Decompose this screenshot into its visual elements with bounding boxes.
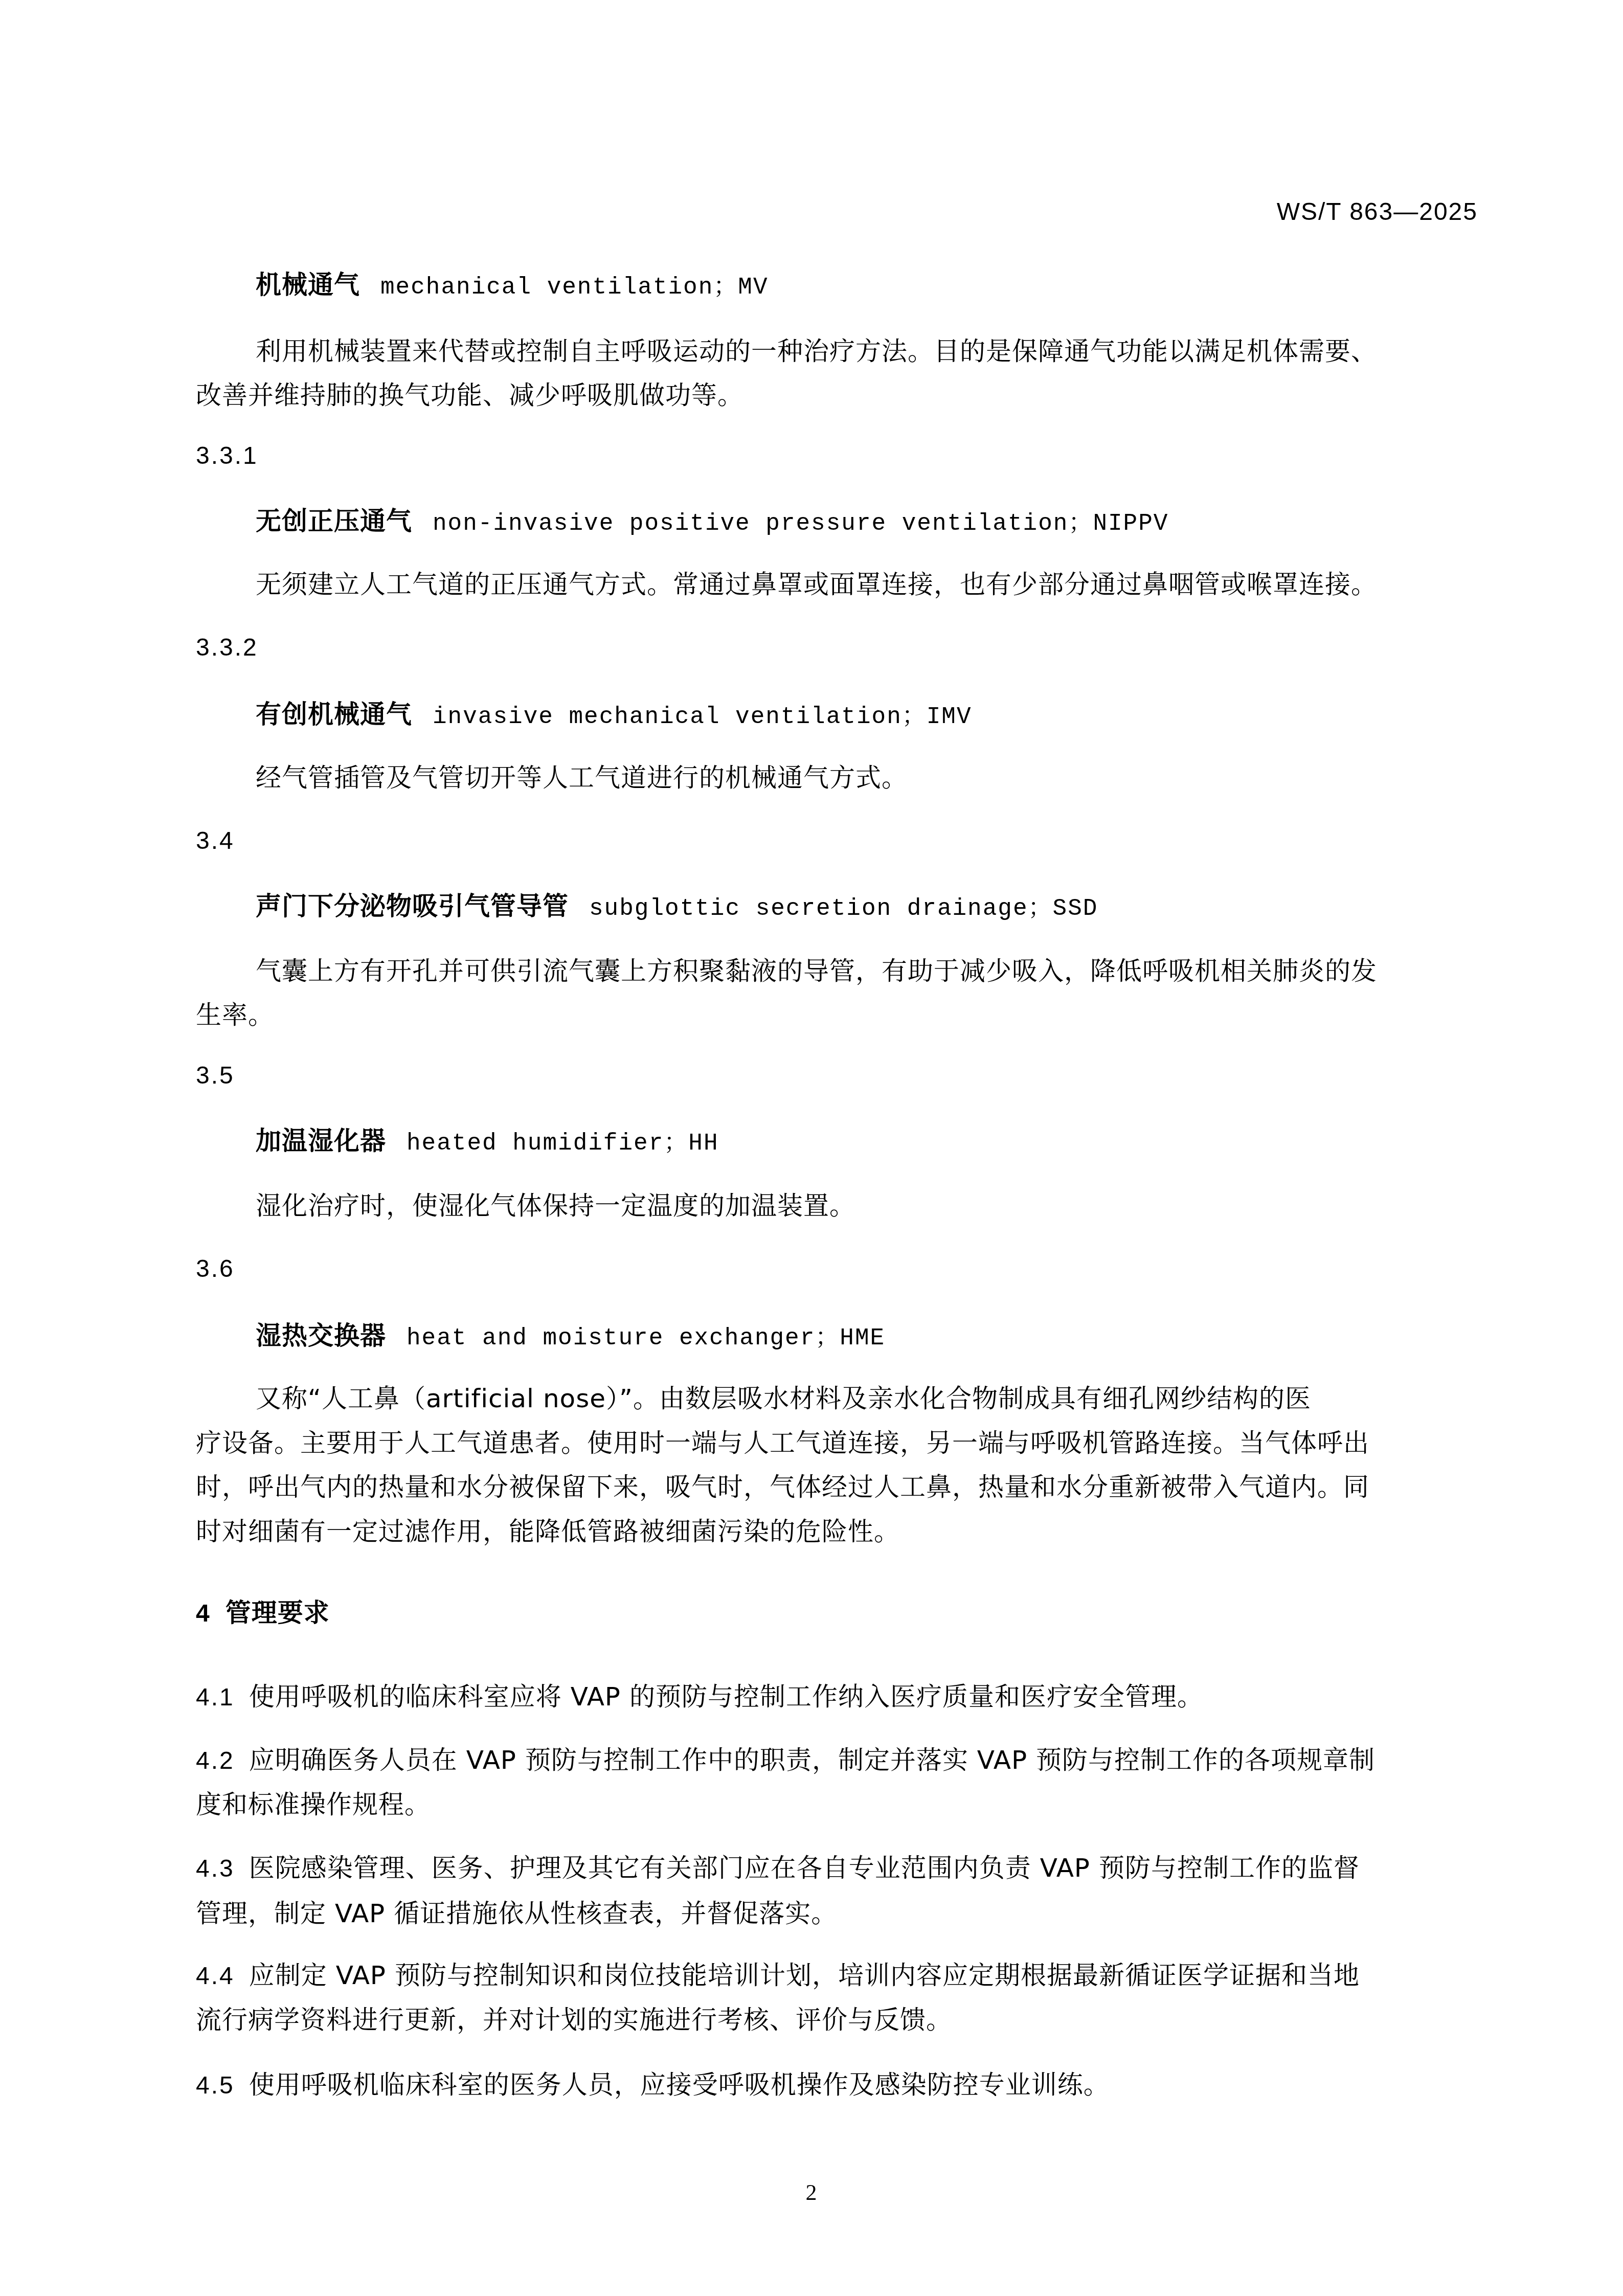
definition-line: 又称“人工鼻（artificial nose）”。由数层吸水材料及亲水化合物制成… xyxy=(256,1383,1311,1414)
term-line-3-4: 声门下分泌物吸引气管导管subglottic secretion drainag… xyxy=(256,891,1098,924)
clause-number: 4.4 xyxy=(196,1963,235,1990)
term-line-3-3: 机械通气mechanical ventilation；MV xyxy=(256,269,769,303)
clause-text: 使用呼吸机临床科室的医务人员，应接受呼吸机操作及感染防控专业训练。 xyxy=(249,2070,1110,2100)
section-number-3-6: 3.6 xyxy=(196,1254,235,1285)
clause-number: 4.2 xyxy=(196,1747,235,1774)
term-en: subglottic secretion drainage；SSD xyxy=(589,895,1098,922)
definition-line: 湿化治疗时，使湿化气体保持一定温度的加温装置。 xyxy=(256,1190,855,1221)
clause-4-4: 4.4应制定 VAP 预防与控制知识和岗位技能培训计划，培训内容应定期根据最新循… xyxy=(196,1960,1360,1992)
document-code-header: WS/T 863—2025 xyxy=(1277,197,1478,228)
section-number-3-5: 3.5 xyxy=(196,1061,235,1091)
definition-line: 无须建立人工气道的正压通气方式。常通过鼻罩或面罩连接，也有少部分通过鼻咽管或喉罩… xyxy=(256,569,1377,600)
page-number: 2 xyxy=(806,2177,818,2208)
term-line-3-6: 湿热交换器heat and moisture exchanger；HME xyxy=(256,1320,885,1354)
chapter-number: 4 xyxy=(196,1600,211,1627)
clause-number: 4.5 xyxy=(196,2072,235,2099)
section-number-3-4: 3.4 xyxy=(196,826,235,857)
definition-line: 疗设备。主要用于人工气道患者。使用时一端与人工气道连接，另一端与呼吸机管路连接。… xyxy=(196,1428,1369,1458)
clause-text: 使用呼吸机的临床科室应将 VAP 的预防与控制工作纳入医疗质量和医疗安全管理。 xyxy=(249,1682,1203,1712)
term-en: heated humidifier；HH xyxy=(407,1130,719,1157)
definition-line: 经气管插管及气管切开等人工气道进行的机械通气方式。 xyxy=(256,762,908,793)
clause-4-5: 4.5使用呼吸机临床科室的医务人员，应接受呼吸机操作及感染防控专业训练。 xyxy=(196,2069,1110,2101)
clause-continuation: 管理，制定 VAP 循证措施依从性核查表，并督促落实。 xyxy=(196,1898,837,1929)
term-cn: 加温湿化器 xyxy=(256,1126,386,1156)
clause-text: 应制定 VAP 预防与控制知识和岗位技能培训计划，培训内容应定期根据最新循证医学… xyxy=(249,1961,1360,1990)
chapter-title: 管理要求 xyxy=(226,1598,330,1628)
clause-text: 应明确医务人员在 VAP 预防与控制工作中的职责，制定并落实 VAP 预防与控制… xyxy=(249,1745,1375,1775)
clause-text: 医院感染管理、医务、护理及其它有关部门应在各自专业范围内负责 VAP 预防与控制… xyxy=(249,1853,1360,1883)
section-number-3-3-2: 3.3.2 xyxy=(196,633,258,663)
term-en: heat and moisture exchanger；HME xyxy=(407,1325,885,1352)
clause-4-1: 4.1使用呼吸机的临床科室应将 VAP 的预防与控制工作纳入医疗质量和医疗安全管… xyxy=(196,1681,1203,1713)
definition-line: 生率。 xyxy=(196,1000,274,1030)
document-page: WS/T 863—2025 机械通气mechanical ventilation… xyxy=(0,0,1623,2296)
term-line-3-3-2: 有创机械通气invasive mechanical ventilation；IM… xyxy=(256,699,972,732)
definition-line: 利用机械装置来代替或控制自主呼吸运动的一种治疗方法。目的是保障通气功能以满足机体… xyxy=(256,336,1377,367)
term-line-3-5: 加温湿化器heated humidifier；HH xyxy=(256,1126,719,1159)
definition-line: 时对细菌有一定过滤作用，能降低管路被细菌污染的危险性。 xyxy=(196,1516,900,1547)
definition-line: 气囊上方有开孔并可供引流气囊上方积聚黏液的导管，有助于减少吸入，降低呼吸机相关肺… xyxy=(256,956,1377,986)
term-cn: 声门下分泌物吸引气管导管 xyxy=(256,891,569,921)
clause-4-3: 4.3医院感染管理、医务、护理及其它有关部门应在各自专业范围内负责 VAP 预防… xyxy=(196,1853,1360,1884)
term-en: invasive mechanical ventilation；IMV xyxy=(433,704,972,730)
section-number-3-3-1: 3.3.1 xyxy=(196,441,258,471)
definition-line: 改善并维持肺的换气功能、减少呼吸肌做功等。 xyxy=(196,380,743,411)
term-cn: 机械通气 xyxy=(256,270,360,300)
chapter-heading-4: 4管理要求 xyxy=(196,1597,330,1629)
term-line-3-3-1: 无创正压通气non-invasive positive pressure ven… xyxy=(256,506,1168,539)
term-cn: 有创机械通气 xyxy=(256,700,412,729)
term-cn: 湿热交换器 xyxy=(256,1321,386,1350)
clause-number: 4.1 xyxy=(196,1684,235,1711)
definition-line: 时，呼出气内的热量和水分被保留下来，吸气时，气体经过人工鼻，热量和水分重新被带入… xyxy=(196,1472,1369,1502)
clause-continuation: 流行病学资料进行更新，并对计划的实施进行考核、评价与反馈。 xyxy=(196,2005,952,2035)
term-en: non-invasive positive pressure ventilati… xyxy=(433,510,1168,537)
clause-4-2: 4.2应明确医务人员在 VAP 预防与控制工作中的职责，制定并落实 VAP 预防… xyxy=(196,1745,1375,1776)
term-en: mechanical ventilation；MV xyxy=(380,274,769,301)
clause-number: 4.3 xyxy=(196,1855,235,1882)
clause-continuation: 度和标准操作规程。 xyxy=(196,1789,431,1820)
term-cn: 无创正压通气 xyxy=(256,506,412,536)
